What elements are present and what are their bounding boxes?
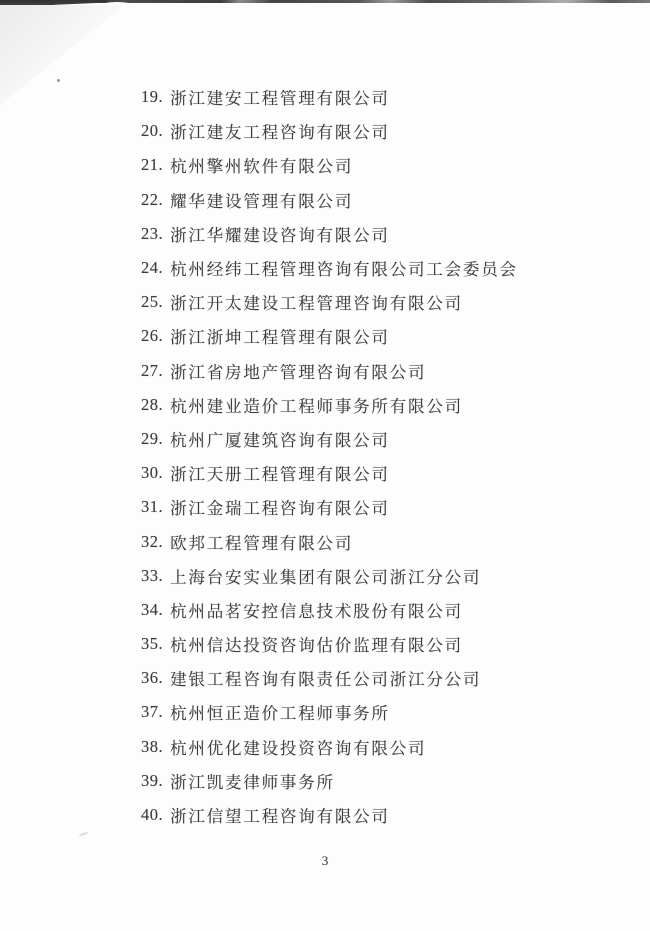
list-item: 40.浙江信望工程咨询有限公司	[141, 798, 640, 832]
item-number: 35.	[141, 634, 163, 654]
list-item: 26.浙江浙坤工程管理有限公司	[141, 319, 640, 353]
list-item: 28.杭州建业造价工程师事务所有限公司	[141, 388, 640, 422]
item-number: 38.	[141, 737, 163, 757]
item-number: 32.	[141, 532, 163, 552]
list-item: 38.杭州优化建设投资咨询有限公司	[141, 730, 640, 764]
page-number: 3	[0, 853, 650, 869]
list-item: 21.杭州擎州软件有限公司	[141, 148, 640, 182]
list-item: 20.浙江建友工程咨询有限公司	[141, 114, 640, 148]
company-name: 欧邦工程管理有限公司	[170, 530, 353, 554]
item-number: 27.	[141, 361, 163, 381]
company-name: 浙江省房地产管理咨询有限公司	[170, 359, 426, 383]
company-name: 建银工程咨询有限责任公司浙江分公司	[170, 666, 481, 690]
item-number: 33.	[141, 566, 163, 586]
list-item: 30.浙江天册工程管理有限公司	[141, 456, 640, 490]
item-number: 25.	[141, 292, 163, 312]
list-item: 39.浙江凯麦律师事务所	[141, 764, 640, 798]
item-number: 19.	[141, 87, 163, 107]
item-number: 23.	[141, 224, 163, 244]
item-number: 31.	[141, 497, 163, 517]
item-number: 22.	[141, 190, 163, 210]
company-name: 耀华建设管理有限公司	[170, 188, 353, 212]
company-name: 上海台安实业集团有限公司浙江分公司	[170, 564, 481, 588]
list-item: 37.杭州恒正造价工程师事务所	[141, 695, 640, 729]
item-number: 40.	[141, 805, 163, 825]
company-name: 浙江凯麦律师事务所	[170, 769, 335, 793]
company-name: 浙江浙坤工程管理有限公司	[170, 324, 390, 348]
item-number: 29.	[141, 429, 163, 449]
list-item: 24.杭州经纬工程管理咨询有限公司工会委员会	[141, 251, 640, 285]
list-item: 34.杭州品茗安控信息技术股份有限公司	[141, 593, 640, 627]
company-list: 19.浙江建安工程管理有限公司 20.浙江建友工程咨询有限公司 21.杭州擎州软…	[141, 80, 640, 832]
list-item: 36.建银工程咨询有限责任公司浙江分公司	[141, 661, 640, 695]
item-number: 34.	[141, 600, 163, 620]
company-name: 杭州恒正造价工程师事务所	[170, 700, 390, 724]
company-name: 杭州信达投资咨询估价监理有限公司	[170, 632, 463, 656]
list-item: 33.上海台安实业集团有限公司浙江分公司	[141, 559, 640, 593]
item-number: 20.	[141, 121, 163, 141]
company-name: 浙江华耀建设咨询有限公司	[170, 222, 390, 246]
item-number: 37.	[141, 702, 163, 722]
list-item: 27.浙江省房地产管理咨询有限公司	[141, 354, 640, 388]
corner-fold-shadow	[0, 5, 125, 105]
item-number: 39.	[141, 771, 163, 791]
company-name: 浙江金瑞工程咨询有限公司	[170, 495, 390, 519]
item-number: 24.	[141, 258, 163, 278]
company-name: 浙江建安工程管理有限公司	[170, 85, 390, 109]
company-name: 杭州建业造价工程师事务所有限公司	[170, 393, 463, 417]
company-name: 浙江开太建设工程管理咨询有限公司	[170, 290, 463, 314]
company-name: 杭州品茗安控信息技术股份有限公司	[170, 598, 463, 622]
list-item: 22.耀华建设管理有限公司	[141, 183, 640, 217]
company-name: 杭州优化建设投资咨询有限公司	[170, 735, 426, 759]
company-name: 浙江建友工程咨询有限公司	[170, 119, 390, 143]
list-item: 19.浙江建安工程管理有限公司	[141, 80, 640, 114]
item-number: 26.	[141, 326, 163, 346]
item-number: 21.	[141, 155, 163, 175]
scan-speck	[57, 79, 60, 82]
item-number: 36.	[141, 668, 163, 688]
list-item: 35.杭州信达投资咨询估价监理有限公司	[141, 627, 640, 661]
list-item: 31.浙江金瑞工程咨询有限公司	[141, 490, 640, 524]
company-name: 浙江信望工程咨询有限公司	[170, 803, 390, 827]
list-item: 23.浙江华耀建设咨询有限公司	[141, 217, 640, 251]
company-name: 杭州擎州软件有限公司	[170, 153, 353, 177]
list-item: 25.浙江开太建设工程管理咨询有限公司	[141, 285, 640, 319]
item-number: 30.	[141, 463, 163, 483]
list-item: 32.欧邦工程管理有限公司	[141, 524, 640, 558]
company-name: 浙江天册工程管理有限公司	[170, 461, 390, 485]
scan-speck	[79, 832, 88, 837]
company-name: 杭州广厦建筑咨询有限公司	[170, 427, 390, 451]
item-number: 28.	[141, 395, 163, 415]
company-name: 杭州经纬工程管理咨询有限公司工会委员会	[170, 256, 518, 280]
list-item: 29.杭州广厦建筑咨询有限公司	[141, 422, 640, 456]
